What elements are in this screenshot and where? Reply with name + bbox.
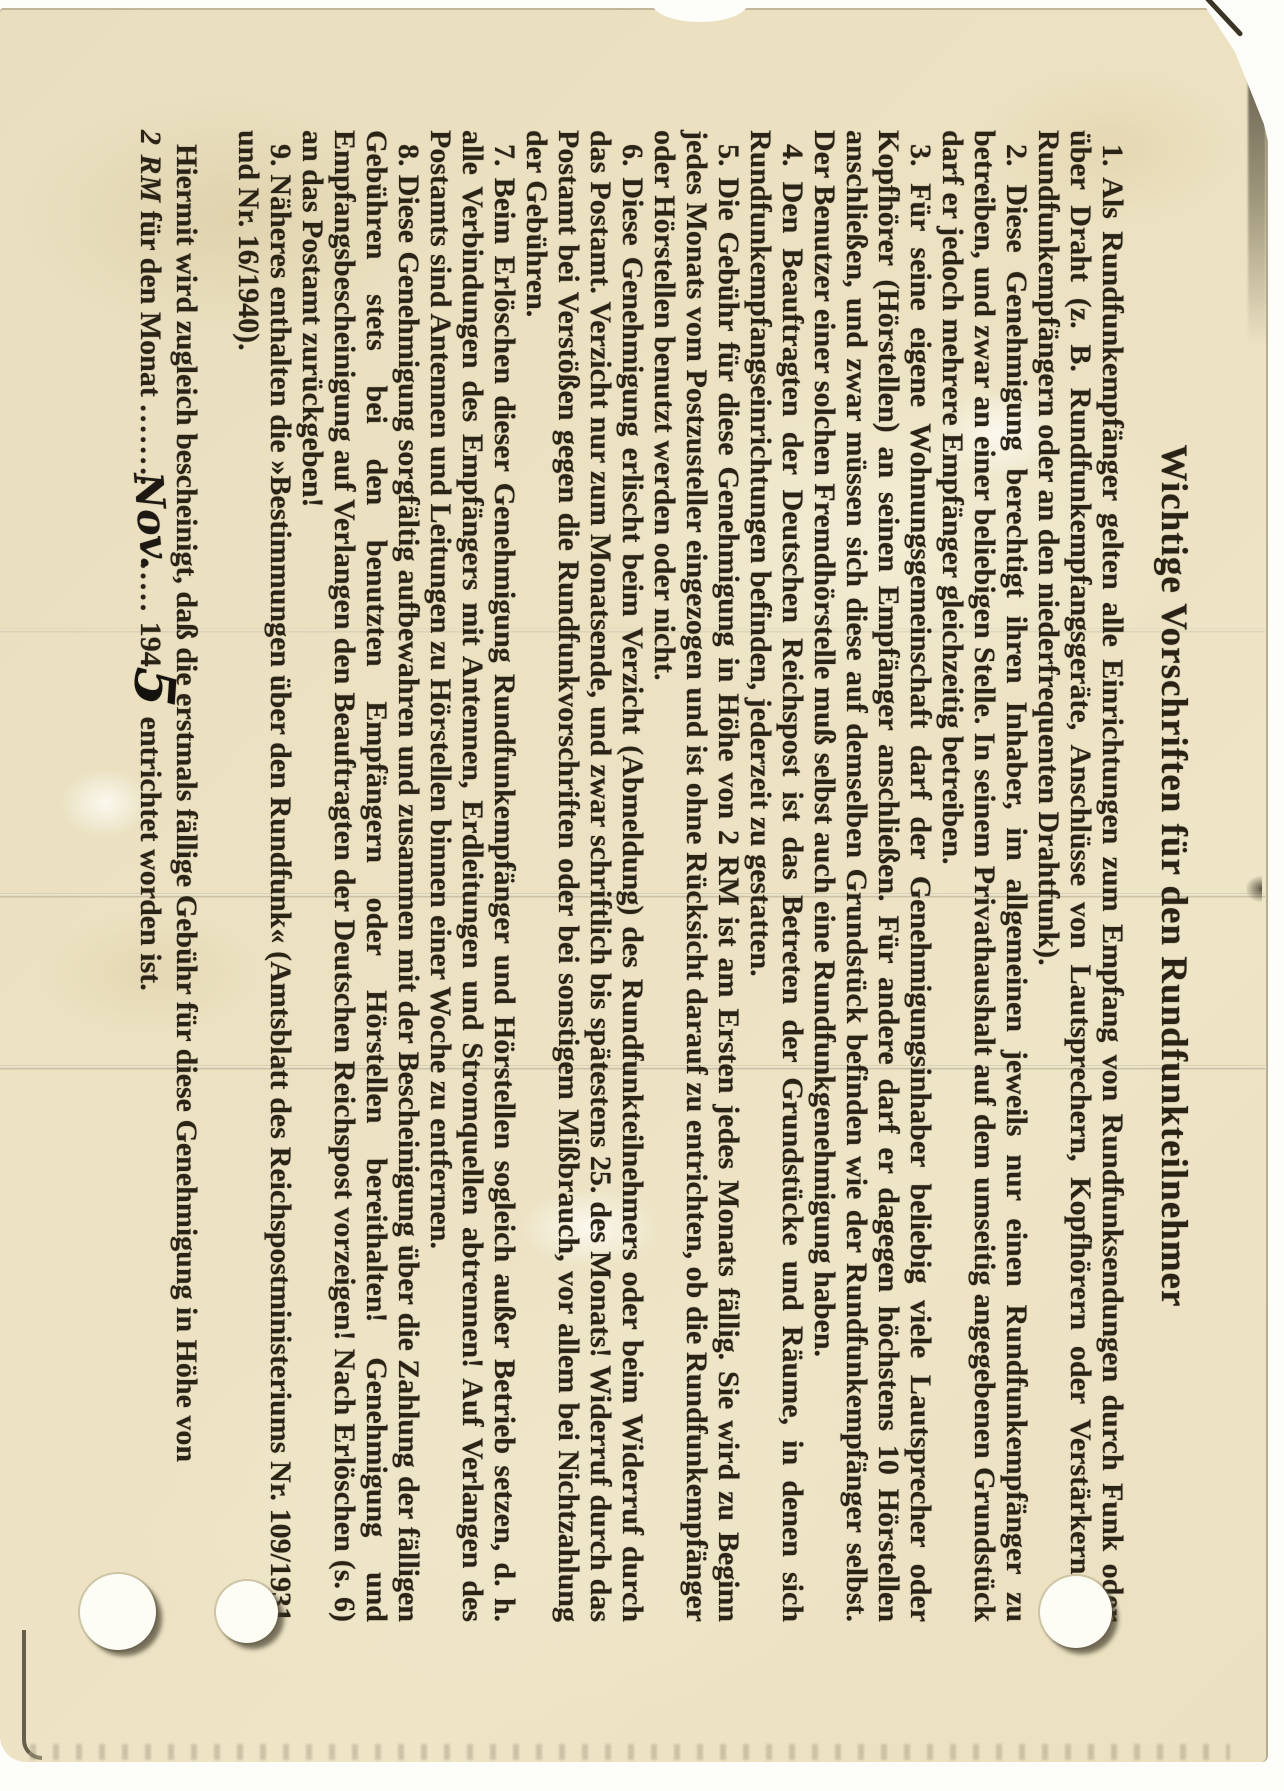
regulation-paragraph-5: 5. Die Gebühr für diese Genehmigung in H… [648,130,744,1622]
printed-year: 194 [134,622,167,667]
regulation-paragraph-3: 3. Für seine eigene Wohnungsgemeinschaft… [808,130,936,1622]
rotated-document-content: Wichtige Vorschriften für den Rundfunkte… [0,10,1265,1762]
regulation-paragraph-2: 2. Diese Genehmigung berechtigt ihren In… [936,130,1032,1622]
fee-amount: 2 RM [134,130,167,203]
punch-hole [1040,1576,1112,1648]
regulation-paragraph-6: 6. Diese Genehmigung erlischt beim Verzi… [520,130,648,1622]
paragraph-text: Diese Genehmigung erlischt beim Verzicht… [520,130,649,1622]
fee-certification-line2: 2 RM für den Monat ........ Nov. ..... 1… [134,130,170,1622]
certification-suffix: entrichtet worden ist. [134,717,167,991]
punch-hole [216,1581,278,1643]
document-title: Wichtige Vorschriften für den Rundfunkte… [1152,130,1195,1622]
bottom-edge-speckles [30,1744,1230,1760]
paragraph-text: Für seine eigene Wohnungsgemeinschaft da… [808,130,937,1622]
regulations-text: Wichtige Vorschriften für den Rundfunkte… [134,130,1265,1622]
paragraph-number: 1. [1096,144,1129,167]
regulation-paragraph-1: 1. Als Rundfunkempfänger gelten alle Ein… [1032,130,1128,1622]
paragraph-number: 5. [712,144,745,167]
paragraph-number: 7. [488,144,521,167]
paragraph-text: Als Rundfunkempfänger gelten alle Einric… [1032,130,1129,1622]
regulation-paragraph-8: 8. Diese Genehmigung sorgfältig aufbewah… [296,130,424,1622]
fee-certification-line1: Hiermit wird zugleich bescheinigt, daß d… [170,130,202,1622]
paragraph-number: 4. [776,144,809,167]
handwritten-month-entry: Nov. [131,471,171,570]
regulation-paragraph-7: 7. Beim Erlöschen dieser Genehmigung Run… [424,130,520,1622]
paragraph-text: Die Gebühr für diese Genehmigung in Höhe… [648,130,745,1622]
scanned-radio-license-document: Wichtige Vorschriften für den Rundfunkte… [0,0,1284,1791]
paragraph-text: Den Beauftragten der Deutschen Reichspos… [744,130,809,1622]
paragraph-number: 3. [904,144,937,167]
paragraph-text: Diese Genehmigung berechtigt ihren Inhab… [936,130,1033,1622]
fee-month-label: für den Monat [134,211,167,397]
paragraph-text: Diese Genehmigung sorgfältig aufbewahren… [296,130,425,1622]
paragraph-number: 2. [1000,144,1033,167]
paragraph-text: Beim Erlöschen dieser Genehmigung Rundfu… [424,130,521,1622]
handwritten-year-digit: 5 [153,668,156,707]
bottom-left-edge-shadow [22,1630,42,1760]
regulation-paragraph-9: 9. Näheres enthalten die »Bestimmungen ü… [232,130,296,1622]
paragraph-text: Näheres enthalten die »Bestimmungen über… [232,130,297,1622]
paragraph-number: 9. [264,144,297,167]
crease-edge-notch [1246,876,1262,902]
punch-hole [80,1574,156,1650]
paragraph-number: 8. [392,144,425,167]
paragraph-number: 6. [616,144,649,167]
regulation-paragraph-4: 4. Den Beauftragten der Deutschen Reichs… [744,130,808,1622]
